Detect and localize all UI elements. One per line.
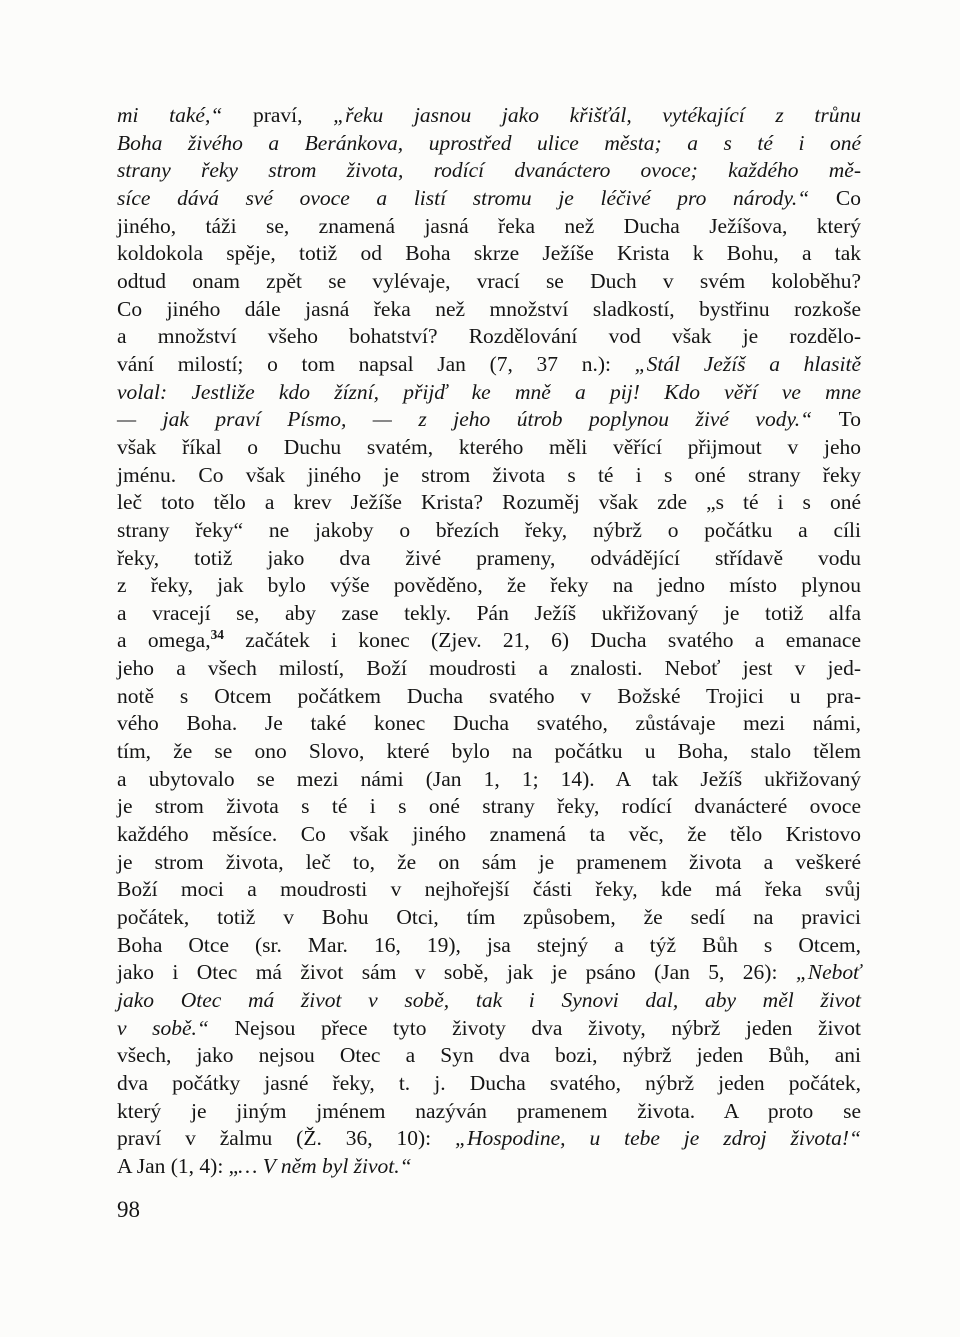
text-segment: všech, jako nejsou Otec a Syn dva bozi, … <box>117 1043 861 1067</box>
text-segment: jeho a všech milostí, Boží moudrosti a z… <box>117 656 861 680</box>
text-segment: … V něm byl život.“ <box>238 1154 411 1178</box>
text-segment: „řeku jasnou jako křišťál, vytékající z … <box>333 103 861 127</box>
text-segment: v sobě.“ <box>117 1016 234 1040</box>
text-segment: vání milostí; o tom napsal Jan (7, 37 n.… <box>117 352 635 376</box>
text-line: volal: Jestliže kdo žízní, přijď ke mně … <box>117 379 861 407</box>
text-segment: vého Boha. Je také konec Ducha svatého, … <box>117 711 861 735</box>
text-line: všech, jako nejsou Otec a Syn dva bozi, … <box>117 1042 861 1070</box>
text-line: mi také,“ praví, „řeku jasnou jako křišť… <box>117 102 861 130</box>
text-segment: volal: Jestliže kdo žízní, přijď ke mně … <box>117 380 861 404</box>
text-line: počátek, totiž v Bohu Otci, tím způsobem… <box>117 904 861 932</box>
text-line: tím, že se ono Slovo, které bylo na počá… <box>117 738 861 766</box>
body-text: mi také,“ praví, „řeku jasnou jako křišť… <box>117 102 861 1181</box>
text-line: každého měsíce. Co však jiného znamená t… <box>117 821 861 849</box>
text-line: jako Otec má život v sobě, tak i Synovi … <box>117 987 861 1015</box>
text-segment: — jak praví Písmo, — z jeho útrob poplyn… <box>117 407 839 431</box>
text-line: řeky, totiž jako dva živé prameny, odvád… <box>117 545 861 573</box>
text-segment: je strom života, leč to, že on sám je pr… <box>117 850 861 874</box>
text-line: a ubytovalo se mezi námi (Jan 1, 1; 14).… <box>117 766 861 794</box>
text-segment: jménu. Co však jiného je strom života s … <box>117 463 861 487</box>
text-segment: praví v žalmu (Ž. 36, 10): <box>117 1126 455 1150</box>
text-line: Co jiného dále jasná řeka než množství s… <box>117 296 861 324</box>
text-line: vání milostí; o tom napsal Jan (7, 37 n.… <box>117 351 861 379</box>
text-segment: který je jiným jménem nazýván pramenem ž… <box>117 1099 861 1123</box>
text-line: praví v žalmu (Ž. 36, 10): „Hospodine, u… <box>117 1125 861 1153</box>
text-segment: a omega, <box>117 628 211 652</box>
text-segment: síce dává své ovoce a listí stromu je lé… <box>117 186 836 210</box>
text-line: — jak praví Písmo, — z jeho útrob poplyn… <box>117 406 861 434</box>
text-segment: jako i Otec má život sám v sobě, jak je … <box>117 960 796 984</box>
text-line: strany řeky“ ne jakoby o březích řeky, n… <box>117 517 861 545</box>
text-segment: To <box>839 407 861 431</box>
page-number: 98 <box>117 1196 140 1224</box>
text-line: síce dává své ovoce a listí stromu je lé… <box>117 185 861 213</box>
text-segment: notě s Otcem počátkem Ducha svatého v Bo… <box>117 684 861 708</box>
footnote-reference: 34 <box>211 627 224 642</box>
text-line: jako i Otec má život sám v sobě, jak je … <box>117 959 861 987</box>
text-segment: strany řeky strom života, rodící dvanáct… <box>117 158 861 182</box>
text-line: jiného, táži se, znamená jasná řeka než … <box>117 213 861 241</box>
text-line: a vracejí se, aby zase tekly. Pán Ježíš … <box>117 600 861 628</box>
text-segment: strany řeky“ ne jakoby o březích řeky, n… <box>117 518 861 542</box>
text-line: leč toto tělo a krev Ježíše Krista? Rozu… <box>117 489 861 517</box>
text-line: A Jan (1, 4): „… V něm byl život.“ <box>117 1153 861 1181</box>
text-segment: je strom života s té i s oné strany řeky… <box>117 794 861 818</box>
text-segment: „Hospodine, u tebe je zdroj života!“ <box>455 1126 861 1150</box>
text-line: a množství všeho bohatství? Rozdělování … <box>117 323 861 351</box>
text-line: však říkal o Duchu svatém, kterého měli … <box>117 434 861 462</box>
text-segment: každého měsíce. Co však jiného znamená t… <box>117 822 861 846</box>
text-segment: jako Otec má život v sobě, tak i Synovi … <box>117 988 861 1012</box>
text-segment: jiného, táži se, znamená jasná řeka než … <box>117 214 861 238</box>
text-segment: a ubytovalo se mezi námi (Jan 1, 1; 14).… <box>117 767 861 791</box>
text-segment: Boží moci a moudrosti v nejhořejší části… <box>117 877 861 901</box>
text-line: odtud onam zpět se vylévaje, vrací se Du… <box>117 268 861 296</box>
text-segment: Boha živého a Beránkova, uprostřed ulice… <box>117 131 861 155</box>
text-line: dva počátky jasné řeky, t. j. Ducha svat… <box>117 1070 861 1098</box>
text-line: který je jiným jménem nazýván pramenem ž… <box>117 1098 861 1126</box>
text-segment: a vracejí se, aby zase tekly. Pán Ježíš … <box>117 601 861 625</box>
text-segment: Co <box>836 186 861 210</box>
text-segment: však říkal o Duchu svatém, kterého měli … <box>117 435 861 459</box>
text-segment: praví, <box>253 103 333 127</box>
text-line: z řeky, jak bylo výše pověděno, že řeky … <box>117 572 861 600</box>
text-segment: Co jiného dále jasná řeka než množství s… <box>117 297 861 321</box>
text-line: strany řeky strom života, rodící dvanáct… <box>117 157 861 185</box>
text-segment: „Neboť <box>796 960 861 984</box>
text-line: koldokola spěje, totiž od Boha skrze Jež… <box>117 240 861 268</box>
text-line: jménu. Co však jiného je strom života s … <box>117 462 861 490</box>
text-segment: řeky, totiž jako dva živé prameny, odvád… <box>117 546 861 570</box>
text-segment: dva počátky jasné řeky, t. j. Ducha svat… <box>117 1071 861 1095</box>
text-segment: Nejsou přece tyto životy dva životy, nýb… <box>234 1016 861 1040</box>
book-page: mi také,“ praví, „řeku jasnou jako křišť… <box>0 0 960 1337</box>
text-line: Boží moci a moudrosti v nejhořejší části… <box>117 876 861 904</box>
text-segment: odtud onam zpět se vylévaje, vrací se Du… <box>117 269 861 293</box>
text-segment: A Jan (1, 4): „ <box>117 1154 238 1178</box>
text-segment: koldokola spěje, totiž od Boha skrze Jež… <box>117 241 861 265</box>
text-segment: a množství všeho bohatství? Rozdělování … <box>117 324 861 348</box>
text-line: a omega,34 začátek i konec (Zjev. 21, 6)… <box>117 627 861 655</box>
text-segment: „Stál Ježíš a hlasitě <box>635 352 861 376</box>
text-segment: tím, že se ono Slovo, které bylo na počá… <box>117 739 861 763</box>
text-line: je strom života s té i s oné strany řeky… <box>117 793 861 821</box>
text-line: jeho a všech milostí, Boží moudrosti a z… <box>117 655 861 683</box>
text-line: notě s Otcem počátkem Ducha svatého v Bo… <box>117 683 861 711</box>
text-line: Boha živého a Beránkova, uprostřed ulice… <box>117 130 861 158</box>
text-segment: leč toto tělo a krev Ježíše Krista? Rozu… <box>117 490 861 514</box>
text-segment: mi také,“ <box>117 103 253 127</box>
text-segment: počátek, totiž v Bohu Otci, tím způsobem… <box>117 905 861 929</box>
text-line: v sobě.“ Nejsou přece tyto životy dva ži… <box>117 1015 861 1043</box>
text-segment: začátek i konec (Zjev. 21, 6) Ducha svat… <box>224 628 861 652</box>
text-segment: z řeky, jak bylo výše pověděno, že řeky … <box>117 573 861 597</box>
text-segment: Boha Otce (sr. Mar. 16, 19), jsa stejný … <box>117 933 861 957</box>
text-line: Boha Otce (sr. Mar. 16, 19), jsa stejný … <box>117 932 861 960</box>
text-line: je strom života, leč to, že on sám je pr… <box>117 849 861 877</box>
text-line: vého Boha. Je také konec Ducha svatého, … <box>117 710 861 738</box>
